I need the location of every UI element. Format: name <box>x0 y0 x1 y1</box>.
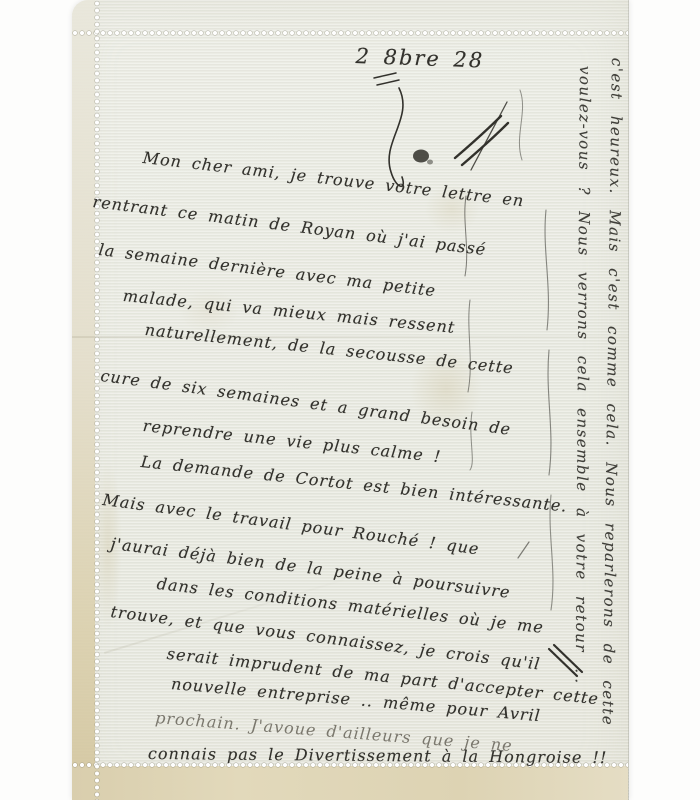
letter-line: connais pas le Divertissement à la Hongr… <box>148 744 608 767</box>
scanned-letter-page: 2 8bre 28 Mon cher ami, je trouve votre … <box>0 0 700 800</box>
date-line: 2 8bre 28 <box>355 44 484 72</box>
